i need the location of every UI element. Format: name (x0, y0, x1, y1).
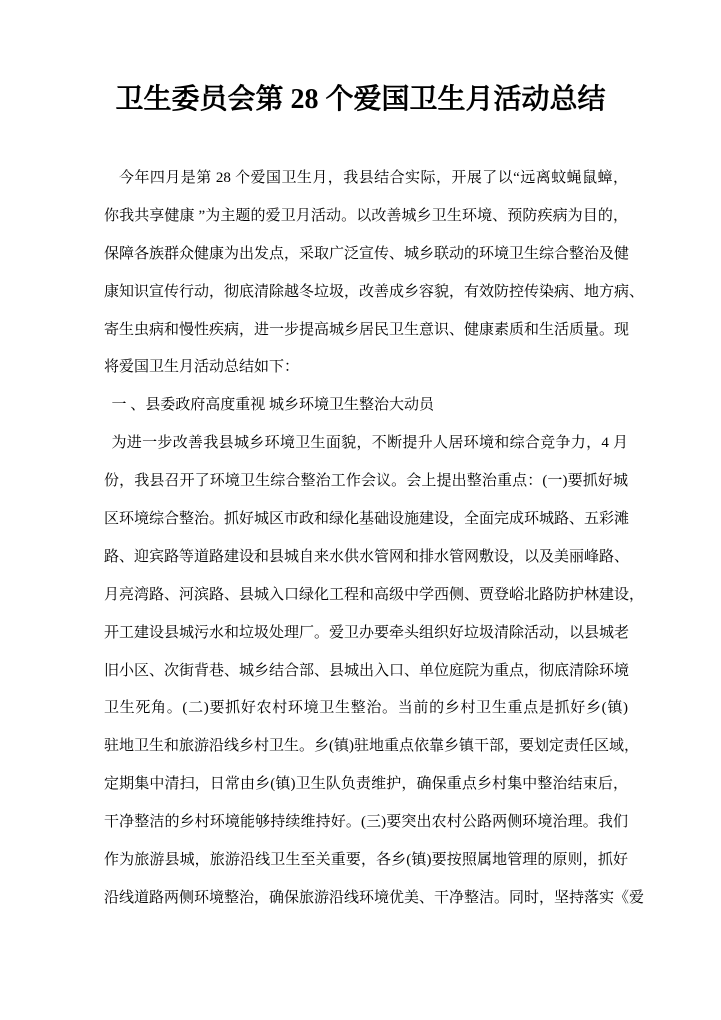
text-line: 区环境综合整治。抓好城区市政和绿化基础设施建设，全面完成环城路、五彩滩 (104, 501, 628, 539)
text-line: 一 、县委政府高度重视 城乡环境卫生整治大动员 (104, 387, 628, 425)
text-line: 卫生死角。(二)要抓好农村环境卫生整治。当前的乡村卫生重点是抓好乡(镇) (104, 690, 628, 728)
text-line: 定期集中清扫，日常由乡(镇)卫生队负责维护，确保重点乡村集中整治结束后， (104, 766, 628, 804)
text-line: 路、迎宾路等道路建设和县城自来水供水管网和排水管网敷设，以及美丽峰路、 (104, 539, 628, 577)
text-line: 寄生虫病和慢性疾病，进一步提高城乡居民卫生意识、健康素质和生活质量。现 (104, 312, 628, 350)
text-line: 为进一步改善我县城乡环境卫生面貌，不断提升人居环境和综合竞争力，4 月 (104, 425, 628, 463)
text-line: 康知识宣传行动，彻底清除越冬垃圾，改善成乡容貌，有效防控传染病、地方病、 (104, 274, 628, 312)
text-line: 你我共享健康 ”为主题的爱卫月活动。以改善城乡卫生环境、预防疾病为目的， (104, 198, 628, 236)
text-line: 月亮湾路、河滨路、县城入口绿化工程和高级中学西侧、贾登峪北路防护林建设， (104, 577, 628, 615)
text-line: 作为旅游县城，旅游沿线卫生至关重要，各乡(镇)要按照属地管理的原则，抓好 (104, 842, 628, 880)
text-line: 旧小区、次街背巷、城乡结合部、县城出入口、单位庭院为重点，彻底清除环境 (104, 653, 628, 691)
document-page: 卫生委员会第 28 个爱国卫生月活动总结 今年四月是第 28 个爱国卫生月，我县… (0, 0, 721, 1020)
text-line: 将爱国卫生月活动总结如下： (104, 349, 628, 387)
document-body: 今年四月是第 28 个爱国卫生月，我县结合实际，开展了以“远离蚊蝇鼠蟑，你我共享… (104, 160, 628, 918)
text-line: 保障各族群众健康为出发点，采取广泛宣传、城乡联动的环境卫生综合整治及健 (104, 236, 628, 274)
text-line: 份，我县召开了环境卫生综合整治工作会议。会上提出整治重点：(一)要抓好城 (104, 463, 628, 501)
text-line: 沿线道路两侧环境整治，确保旅游沿线环境优美、干净整洁。同时，坚持落实《爱 (104, 880, 628, 918)
text-line: 开工建设县城污水和垃圾处理厂。爱卫办要牵头组织好垃圾清除活动，以县城老 (104, 615, 628, 653)
document-title: 卫生委员会第 28 个爱国卫生月活动总结 (0, 80, 721, 120)
text-line: 驻地卫生和旅游沿线乡村卫生。乡(镇)驻地重点依靠乡镇干部，要划定责任区域， (104, 728, 628, 766)
text-line: 干净整洁的乡村环境能够持续维持好。(三)要突出农村公路两侧环境治理。我们 (104, 804, 628, 842)
text-line: 今年四月是第 28 个爱国卫生月，我县结合实际，开展了以“远离蚊蝇鼠蟑， (104, 160, 628, 198)
